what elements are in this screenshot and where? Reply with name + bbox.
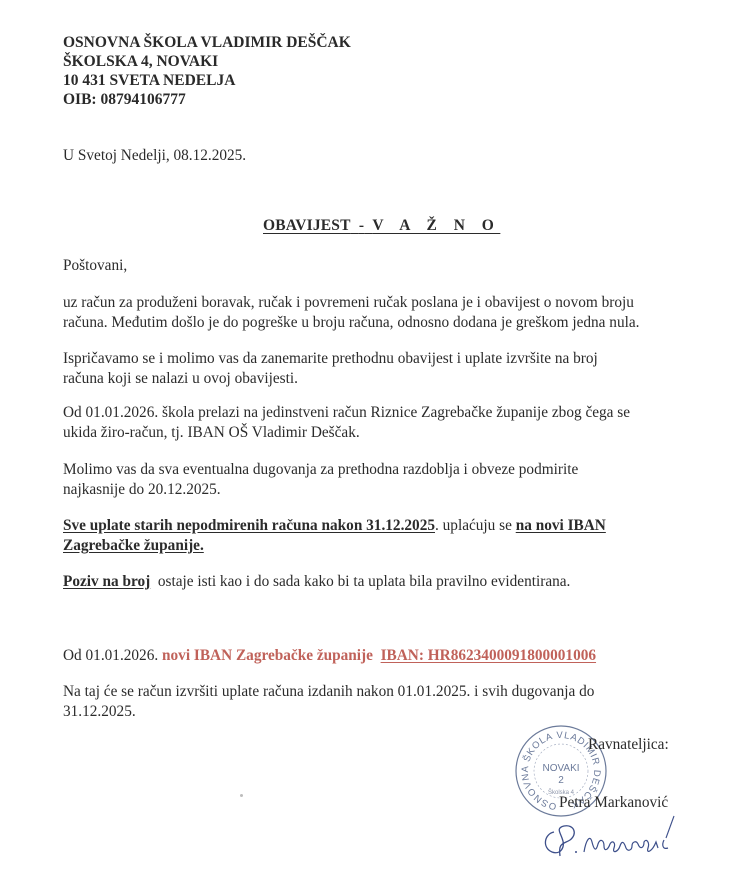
paragraph-4-line-2: najkasnije do 20.12.2025. (63, 480, 221, 500)
paragraph-2-line-1: Ispričavamo se i molimo vas da zanemarit… (63, 349, 598, 369)
paragraph-8-line-1: Na taj će se račun izvršiti uplate račun… (63, 682, 594, 702)
scan-speck (240, 794, 243, 797)
paragraph-8-line-2: 31.12.2025. (63, 702, 136, 722)
reference-number-label: Poziv na broj (63, 573, 150, 590)
title-right: V A Ž N O (372, 217, 500, 234)
school-oib: OIB: 08794106777 (63, 90, 186, 109)
greeting: Poštovani, (63, 256, 127, 276)
reference-number-text: ostaje isti kao i do sada kako bi ta upl… (150, 573, 570, 590)
notice-document: OSNOVNA ŠKOLA VLADIMIR DEŠČAK ŠKOLSKA 4,… (0, 0, 731, 886)
signature-name: Petra Markanović (559, 794, 668, 812)
school-name: OSNOVNA ŠKOLA VLADIMIR DEŠČAK (63, 33, 351, 52)
stamp-center-line-2: 2 (558, 775, 564, 786)
new-iban-label: novi IBAN Zagrebačke županije (162, 647, 373, 664)
place-date: U Svetoj Nedelji, 08.12.2025. (63, 146, 246, 166)
paragraph-3-line-2: ukida žiro-račun, tj. IBAN OŠ Vladimir D… (63, 423, 360, 443)
title-dash: - (359, 217, 364, 234)
paragraph-5-line-2: Zagrebačke županije. (63, 536, 204, 556)
paragraph-1-line-2: računa. Međutim došlo je do pogreške u b… (63, 313, 639, 333)
new-iban-date: Od 01.01.2026. (63, 647, 162, 664)
school-city: 10 431 SVETA NEDELJA (63, 71, 235, 90)
iban-number: IBAN: HR8623400091800001006 (381, 647, 596, 664)
paragraph-2-line-2: računa koji se nalazi u ovoj obavijesti. (63, 369, 298, 389)
signature-role: Ravnateljica: (588, 736, 669, 754)
paragraph-1-line-1: uz račun za produženi boravak, ručak i p… (63, 293, 634, 313)
paragraph-6: Poziv na broj ostaje isti kao i do sada … (63, 572, 570, 592)
school-address: ŠKOLSKA 4, NOVAKI (63, 52, 218, 71)
handwritten-signature (540, 812, 690, 862)
notice-title: OBAVIJEST - V A Ž N O (263, 217, 500, 235)
paragraph-5-line-1: Sve uplate starih nepodmirenih računa na… (63, 516, 606, 536)
title-left: OBAVIJEST (263, 217, 351, 234)
stamp-center-line-1: NOVAKI (542, 763, 579, 774)
paragraph-4-line-1: Molimo vas da sva eventualna dugovanja z… (63, 460, 578, 480)
old-payments-notice: Sve uplate starih nepodmirenih računa na… (63, 517, 435, 534)
paragraph-7: Od 01.01.2026. novi IBAN Zagrebačke župa… (63, 646, 596, 666)
old-payments-connector: . uplaćuju se (435, 517, 516, 534)
new-iban-notice: na novi IBAN (516, 517, 606, 534)
paragraph-3-line-1: Od 01.01.2026. škola prelazi na jedinstv… (63, 403, 630, 423)
